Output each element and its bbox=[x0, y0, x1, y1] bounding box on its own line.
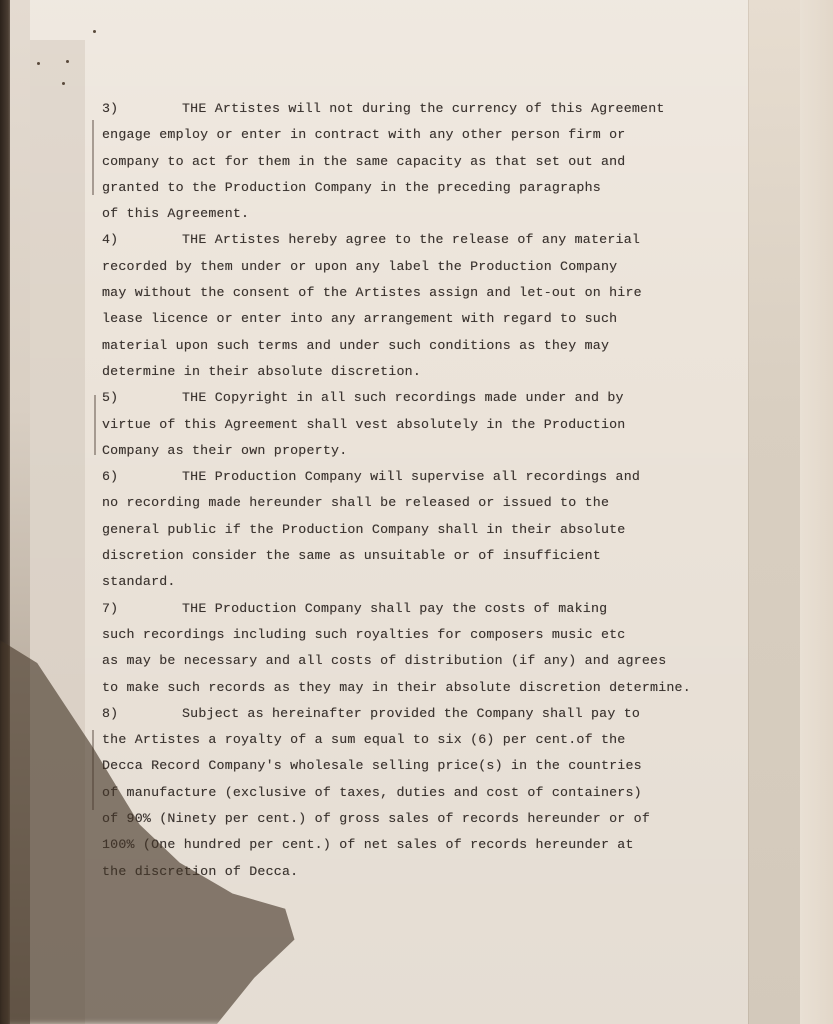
clause-number: 5) bbox=[102, 385, 182, 411]
clause-line: company to act for them in the same capa… bbox=[102, 149, 782, 175]
clause-line: of this Agreement. bbox=[102, 201, 782, 227]
margin-annotation-line bbox=[92, 120, 94, 195]
clause-line: of 90% (Ninety per cent.) of gross sales… bbox=[102, 806, 782, 832]
clause-first-line: 7)THE Production Company shall pay the c… bbox=[102, 596, 782, 622]
clause-number: 4) bbox=[102, 227, 182, 253]
clause-first-line: 6)THE Production Company will supervise … bbox=[102, 464, 782, 490]
clause-text: granted to the Production Company in the… bbox=[102, 180, 601, 195]
clause-text: THE Artistes hereby agree to the release… bbox=[182, 232, 640, 247]
clause-line: discretion consider the same as unsuitab… bbox=[102, 543, 782, 569]
clause-line: to make such records as they may in thei… bbox=[102, 675, 782, 701]
clause-text: THE Artistes will not during the currenc… bbox=[182, 101, 665, 116]
clause-text: general public if the Production Company… bbox=[102, 522, 625, 537]
clause-text: recorded by them under or upon any label… bbox=[102, 259, 617, 274]
staple-hole-mark bbox=[62, 82, 65, 85]
clause-line: determine in their absolute discretion. bbox=[102, 359, 782, 385]
clause-line: standard. bbox=[102, 569, 782, 595]
clause-first-line: 3)THE Artistes will not during the curre… bbox=[102, 96, 782, 122]
clause-line: engage employ or enter in contract with … bbox=[102, 122, 782, 148]
clause-first-line: 4)THE Artistes hereby agree to the relea… bbox=[102, 227, 782, 253]
clause-number: 7) bbox=[102, 596, 182, 622]
agreement-text: 3)THE Artistes will not during the curre… bbox=[102, 96, 782, 885]
clause-line: no recording made hereunder shall be rel… bbox=[102, 490, 782, 516]
clause-text: engage employ or enter in contract with … bbox=[102, 127, 625, 142]
clause-line: recorded by them under or upon any label… bbox=[102, 254, 782, 280]
staple-hole-mark bbox=[37, 62, 40, 65]
clause-text: Decca Record Company's wholesale selling… bbox=[102, 758, 642, 773]
clause-line: of manufacture (exclusive of taxes, duti… bbox=[102, 780, 782, 806]
staple-hole-mark bbox=[66, 60, 69, 63]
clause-number: 6) bbox=[102, 464, 182, 490]
clause-text: THE Production Company shall pay the cos… bbox=[182, 601, 607, 616]
clause-text: THE Copyright in all such recordings mad… bbox=[182, 390, 624, 405]
clause-text: to make such records as they may in thei… bbox=[102, 680, 691, 695]
clause-text: of manufacture (exclusive of taxes, duti… bbox=[102, 785, 642, 800]
clause-line: material upon such terms and under such … bbox=[102, 333, 782, 359]
clause-line: may without the consent of the Artistes … bbox=[102, 280, 782, 306]
clause-number: 8) bbox=[102, 701, 182, 727]
clause-text: material upon such terms and under such … bbox=[102, 338, 609, 353]
clause-first-line: 5)THE Copyright in all such recordings m… bbox=[102, 385, 782, 411]
clause-line: 100% (One hundred per cent.) of net sale… bbox=[102, 832, 782, 858]
clause-text: of 90% (Ninety per cent.) of gross sales… bbox=[102, 811, 650, 826]
clause-text: standard. bbox=[102, 574, 176, 589]
clause-line: such recordings including such royalties… bbox=[102, 622, 782, 648]
clause-text: Company as their own property. bbox=[102, 443, 347, 458]
clause-text: lease licence or enter into any arrangem… bbox=[102, 311, 617, 326]
clause-text: the Artistes a royalty of a sum equal to… bbox=[102, 732, 625, 747]
clause-line: granted to the Production Company in the… bbox=[102, 175, 782, 201]
clause-text: as may be necessary and all costs of dis… bbox=[102, 653, 666, 668]
clause-text: company to act for them in the same capa… bbox=[102, 154, 625, 169]
clause-text: no recording made hereunder shall be rel… bbox=[102, 495, 609, 510]
clause-text: of this Agreement. bbox=[102, 206, 249, 221]
clause-text: discretion consider the same as unsuitab… bbox=[102, 548, 601, 563]
clause-line: the Artistes a royalty of a sum equal to… bbox=[102, 727, 782, 753]
staple-hole-mark bbox=[93, 30, 96, 33]
clause-line: lease licence or enter into any arrangem… bbox=[102, 306, 782, 332]
clause-text: may without the consent of the Artistes … bbox=[102, 285, 642, 300]
clause-text: 100% (One hundred per cent.) of net sale… bbox=[102, 837, 634, 852]
clause-first-line: 8)Subject as hereinafter provided the Co… bbox=[102, 701, 782, 727]
photo-scene: 3)THE Artistes will not during the curre… bbox=[0, 0, 833, 1024]
clause-text: such recordings including such royalties… bbox=[102, 627, 625, 642]
clause-line: Decca Record Company's wholesale selling… bbox=[102, 753, 782, 779]
clause-line: general public if the Production Company… bbox=[102, 517, 782, 543]
page-edge bbox=[800, 0, 833, 1024]
clause-line: as may be necessary and all costs of dis… bbox=[102, 648, 782, 674]
clause-text: virtue of this Agreement shall vest abso… bbox=[102, 417, 625, 432]
clause-text: determine in their absolute discretion. bbox=[102, 364, 421, 379]
margin-annotation-line bbox=[94, 395, 96, 455]
clause-line: Company as their own property. bbox=[102, 438, 782, 464]
clause-text: Subject as hereinafter provided the Comp… bbox=[182, 706, 640, 721]
clause-line: virtue of this Agreement shall vest abso… bbox=[102, 412, 782, 438]
clause-number: 3) bbox=[102, 96, 182, 122]
clause-text: THE Production Company will supervise al… bbox=[182, 469, 640, 484]
